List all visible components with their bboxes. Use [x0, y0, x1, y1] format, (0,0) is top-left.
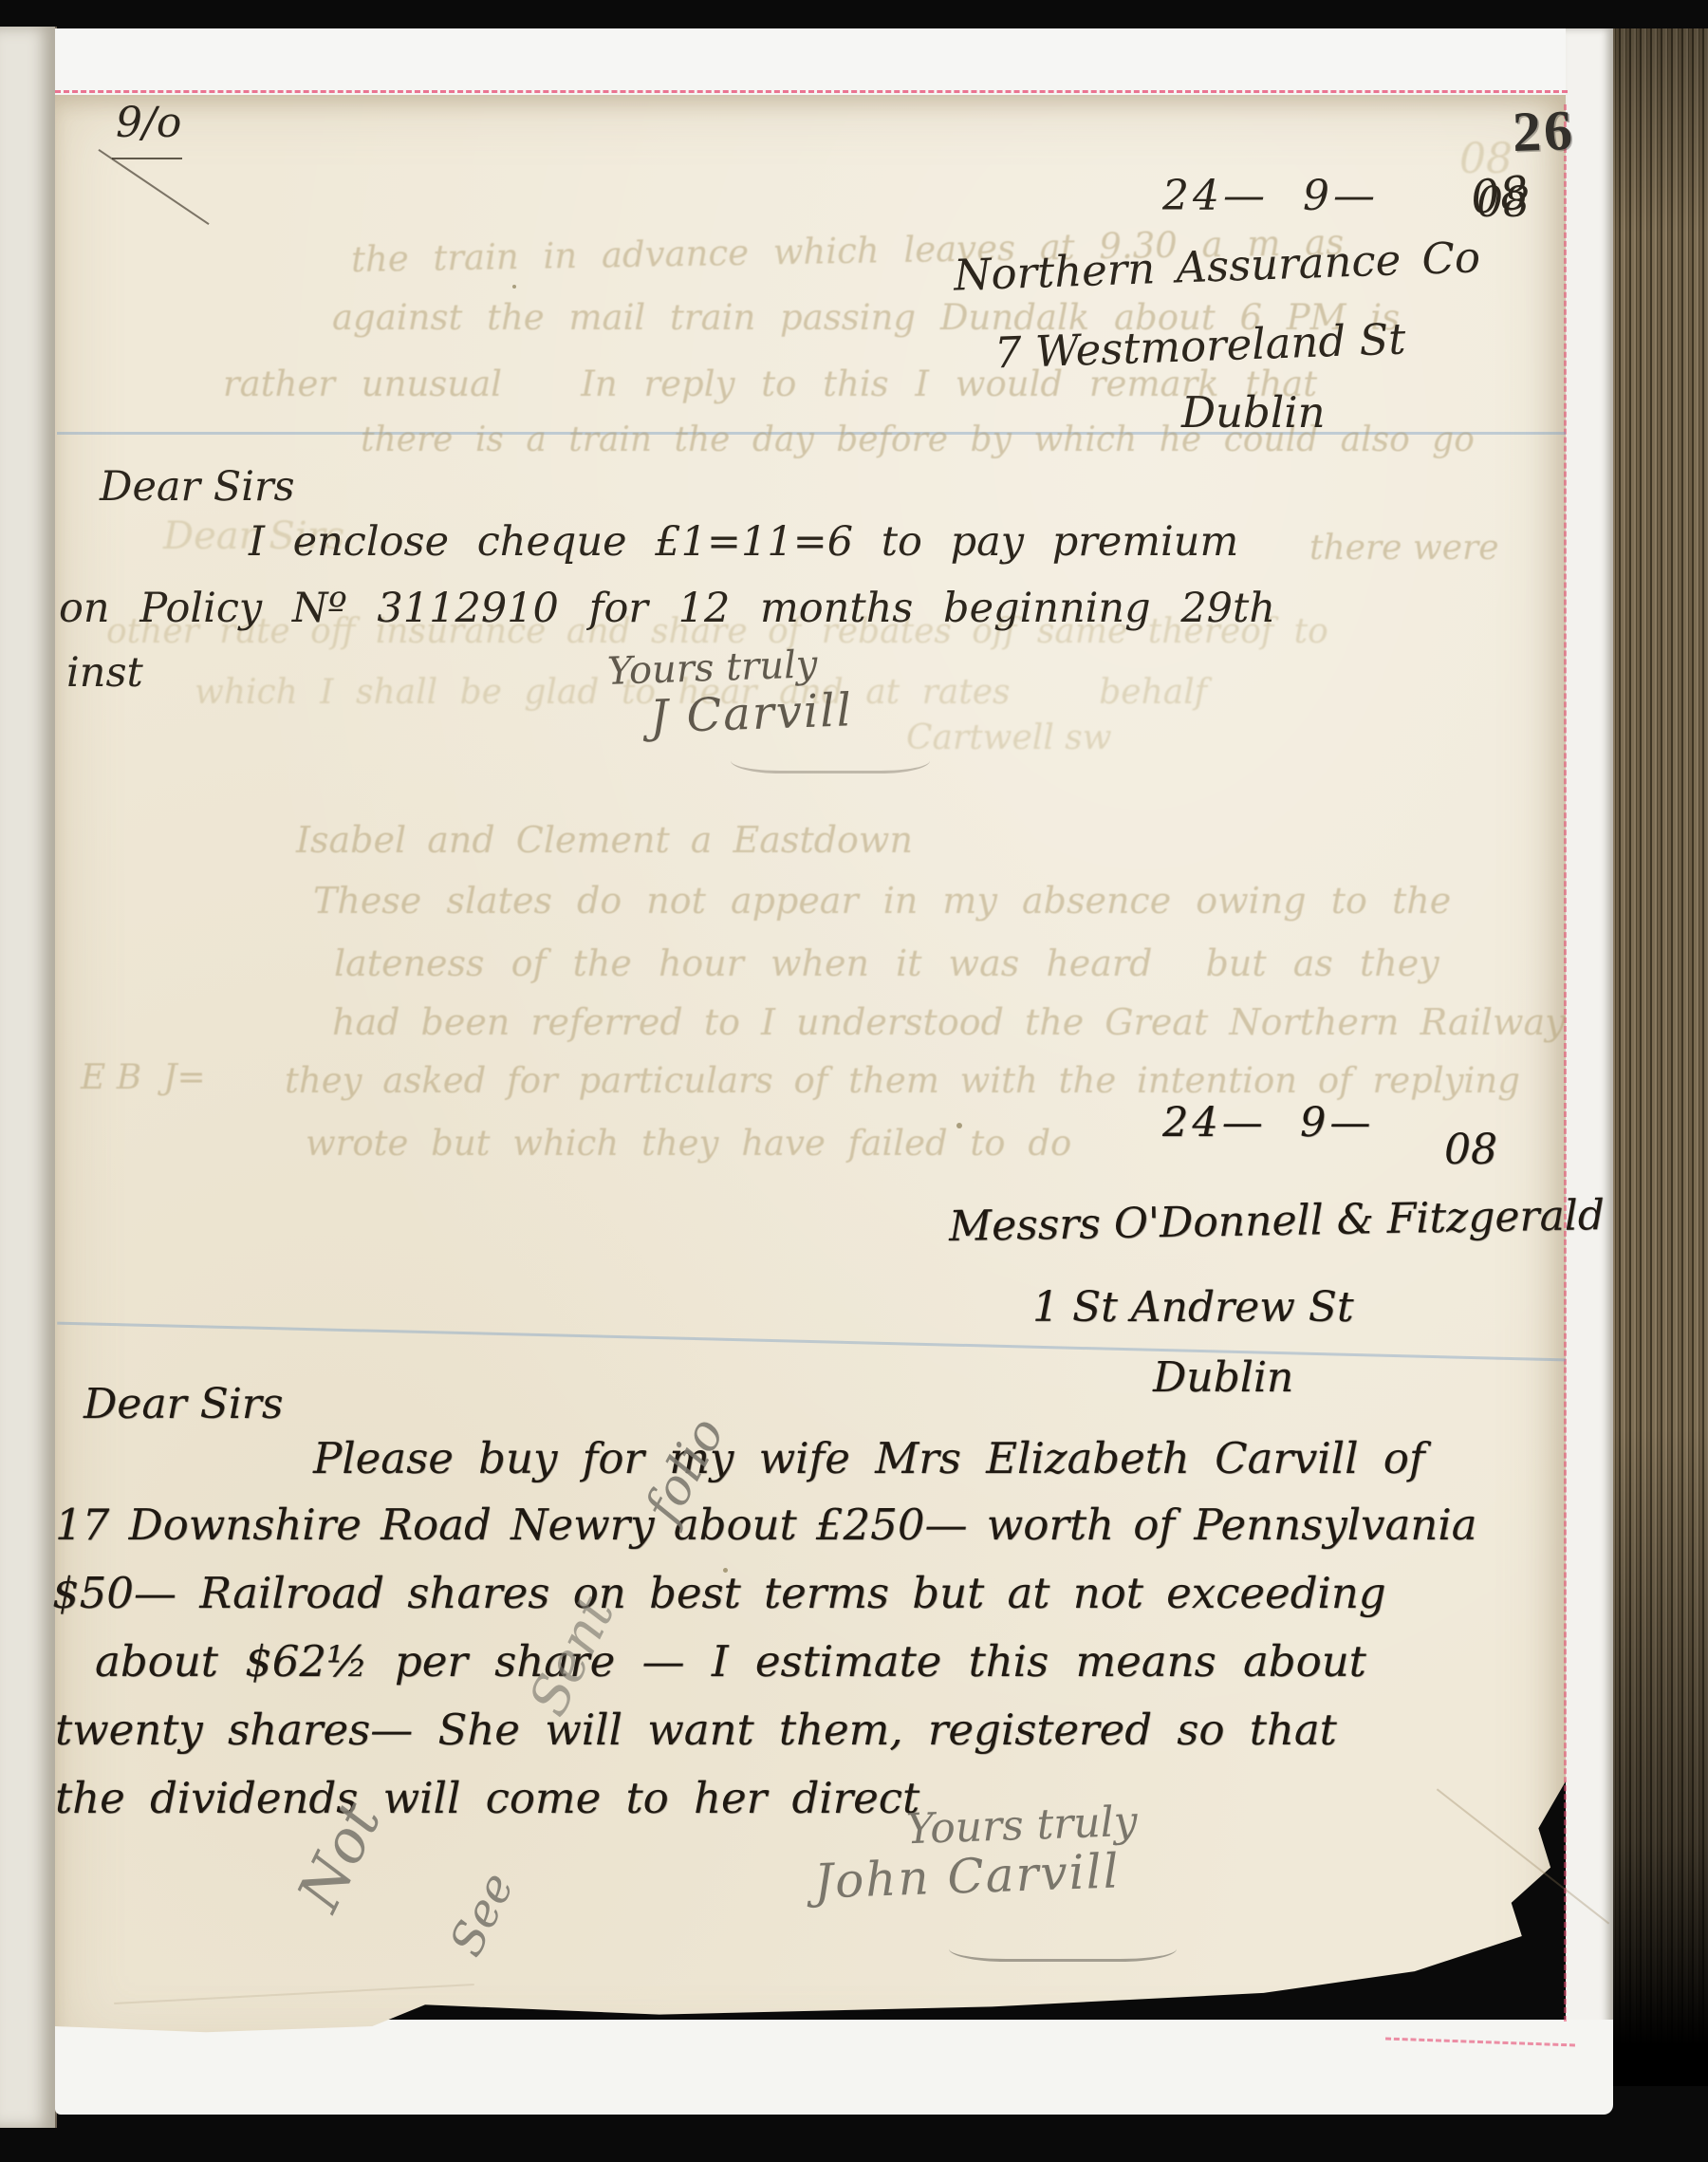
letter2-body-line: about $62½ per share — I estimate this m…	[95, 1640, 1366, 1683]
letter2-date: 24— 9—	[1162, 1103, 1374, 1144]
letter1-address-line2: Dublin	[1181, 391, 1326, 434]
ghost-line: Cartwell sw	[906, 721, 1112, 755]
ghost-line: had been referred to I understood the Gr…	[332, 1004, 1566, 1040]
letter1-closing: Yours truly	[606, 645, 818, 691]
letter2-body-line: Please buy for my wife Mrs Elizabeth Car…	[313, 1437, 1425, 1480]
ghost-line: E B J=	[81, 1061, 206, 1095]
letter1-signature: J Carvill	[649, 687, 854, 739]
ghost-line: there were	[1309, 531, 1499, 566]
underlay-sheet-bottom	[55, 2020, 1613, 2115]
letter2-address-line1: 1 St Andrew St	[1032, 1287, 1354, 1329]
underlay-sheet-top	[55, 28, 1613, 99]
letter1-salutation: Dear Sirs	[100, 467, 295, 508]
ghost-line: wrote but which they have failed to do	[306, 1126, 1071, 1161]
letter2-body-line: 17 Downshire Road Newry about £250— wort…	[55, 1503, 1477, 1546]
paper-speck	[512, 285, 516, 289]
ghost-line: These slates do not appear in my absence…	[313, 883, 1451, 919]
letter1-date: 24— 9—	[1162, 176, 1379, 217]
letter2-body-line: $50— Railroad shares on best terms but a…	[52, 1572, 1386, 1614]
ghost-line: Isabel and Clement a Eastdown	[296, 822, 913, 858]
corner-note-underline	[112, 158, 182, 159]
letter2-address-line2: Dublin	[1153, 1357, 1293, 1399]
letter1-year: 08	[1476, 182, 1530, 224]
letter2-year: 08	[1444, 1129, 1497, 1171]
letter2-body-line: twenty shares— She will want them, regis…	[55, 1708, 1337, 1751]
letter1-address-line1: 7 Westmoreland St	[993, 317, 1406, 374]
signature-flourish	[949, 1936, 1177, 1962]
book-fore-edge-pages	[1613, 28, 1708, 2086]
red-dotted-right-edge	[1564, 104, 1567, 2022]
ghost-line: they asked for particulars of them with …	[285, 1063, 1520, 1098]
corner-check-note: 9/o	[116, 103, 181, 144]
ghost-line: lateness of the hour when it was heard b…	[334, 945, 1439, 981]
letter2-signature: John Carvill	[813, 1847, 1121, 1905]
letter2-recipient: Messrs O'Donnell & Fitzgerald	[949, 1195, 1606, 1248]
scanned-letterbook-photo: the train in advance which leaves at 9.3…	[0, 0, 1708, 2162]
page-number-stamp: 26	[1512, 98, 1576, 165]
red-dotted-top-edge	[55, 90, 1568, 93]
underlay-sheet-right	[1566, 28, 1613, 2059]
letter2-salutation: Dear Sirs	[84, 1384, 283, 1426]
letter1-body-line: inst	[66, 653, 143, 694]
letter1-body-line: I enclose cheque £1=11=6 to pay premium	[249, 522, 1238, 563]
previous-page-edge	[0, 27, 57, 2128]
signature-flourish	[731, 748, 930, 773]
letter2-body-line: the dividends will come to her direct	[55, 1777, 919, 1819]
letter1-body-line: on Policy Nº 3112910 for 12 months begin…	[59, 588, 1275, 629]
